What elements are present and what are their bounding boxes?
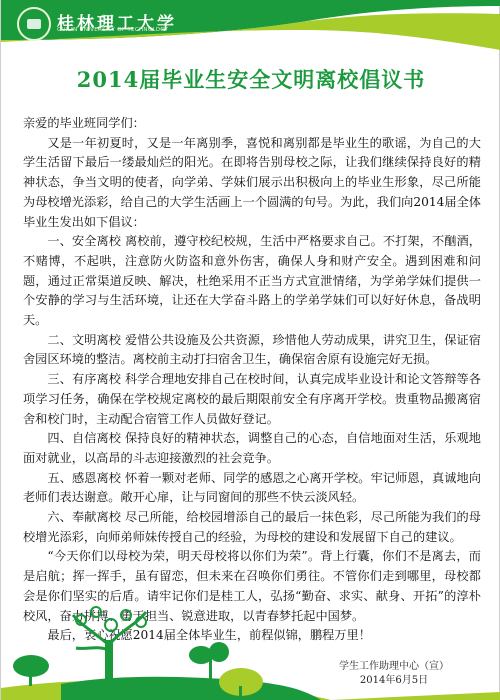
document-body: 亲爱的毕业班同学们： 又是一年初夏时，又是一年离别季，喜悦和离别都是毕业生的歌谣… xyxy=(23,114,481,646)
logo-emblem-icon xyxy=(27,19,41,29)
signature-date: 2014年6月5日 xyxy=(339,674,449,688)
university-name-en: GUILIN UNIVERSITY OF TECHNOLOGY xyxy=(57,27,168,33)
proposal-document: 桂林理工大学 GUILIN UNIVERSITY OF TECHNOLOGY 2… xyxy=(0,0,500,700)
salutation: 亲爱的毕业班同学们： xyxy=(23,114,481,134)
paragraph-intro: 又是一年初夏时，又是一年离别季，喜悦和离别都是毕业生的歌谣，为自己的大学生活留下… xyxy=(23,134,481,233)
paragraph-civilized-leaving: 二、文明离校 爱惜公共设施及公共资源，珍惜他人劳动成果，讲究卫生，保证宿舍园区环… xyxy=(23,331,481,370)
university-logo xyxy=(17,7,51,41)
document-title: 2014届毕业生安全文明离校倡议书 xyxy=(1,64,500,94)
signature-org: 学生工作助理中心（宣） xyxy=(339,660,449,674)
paragraph-safe-leaving: 一、安全离校 离校前，遵守校纪校规，生活中严格要求自己。不打架，不酗酒，不赌博，… xyxy=(23,232,481,331)
signature-block: 学生工作助理中心（宣） 2014年6月5日 xyxy=(339,660,449,688)
paragraph-grateful-leaving: 五、感恩离校 怀着一颗对老师、同学的感恩之心离开学校。牢记师恩，真诚地向老师们表… xyxy=(23,469,481,508)
paragraph-confident-leaving: 四、自信离校 保持良好的精神状态，调整自己的心态，自信地面对生活，乐观地面对就业… xyxy=(23,429,481,468)
paragraph-orderly-leaving: 三、有序离校 科学合理地安排自己在校时间，认真完成毕业设计和论文答辩等各项学习任… xyxy=(23,370,481,429)
paragraph-dedicated-leaving: 六、奉献离校 尽己所能，给校园增添自己的最后一抹色彩，尽己所能为我们的母校增光添… xyxy=(23,508,481,547)
